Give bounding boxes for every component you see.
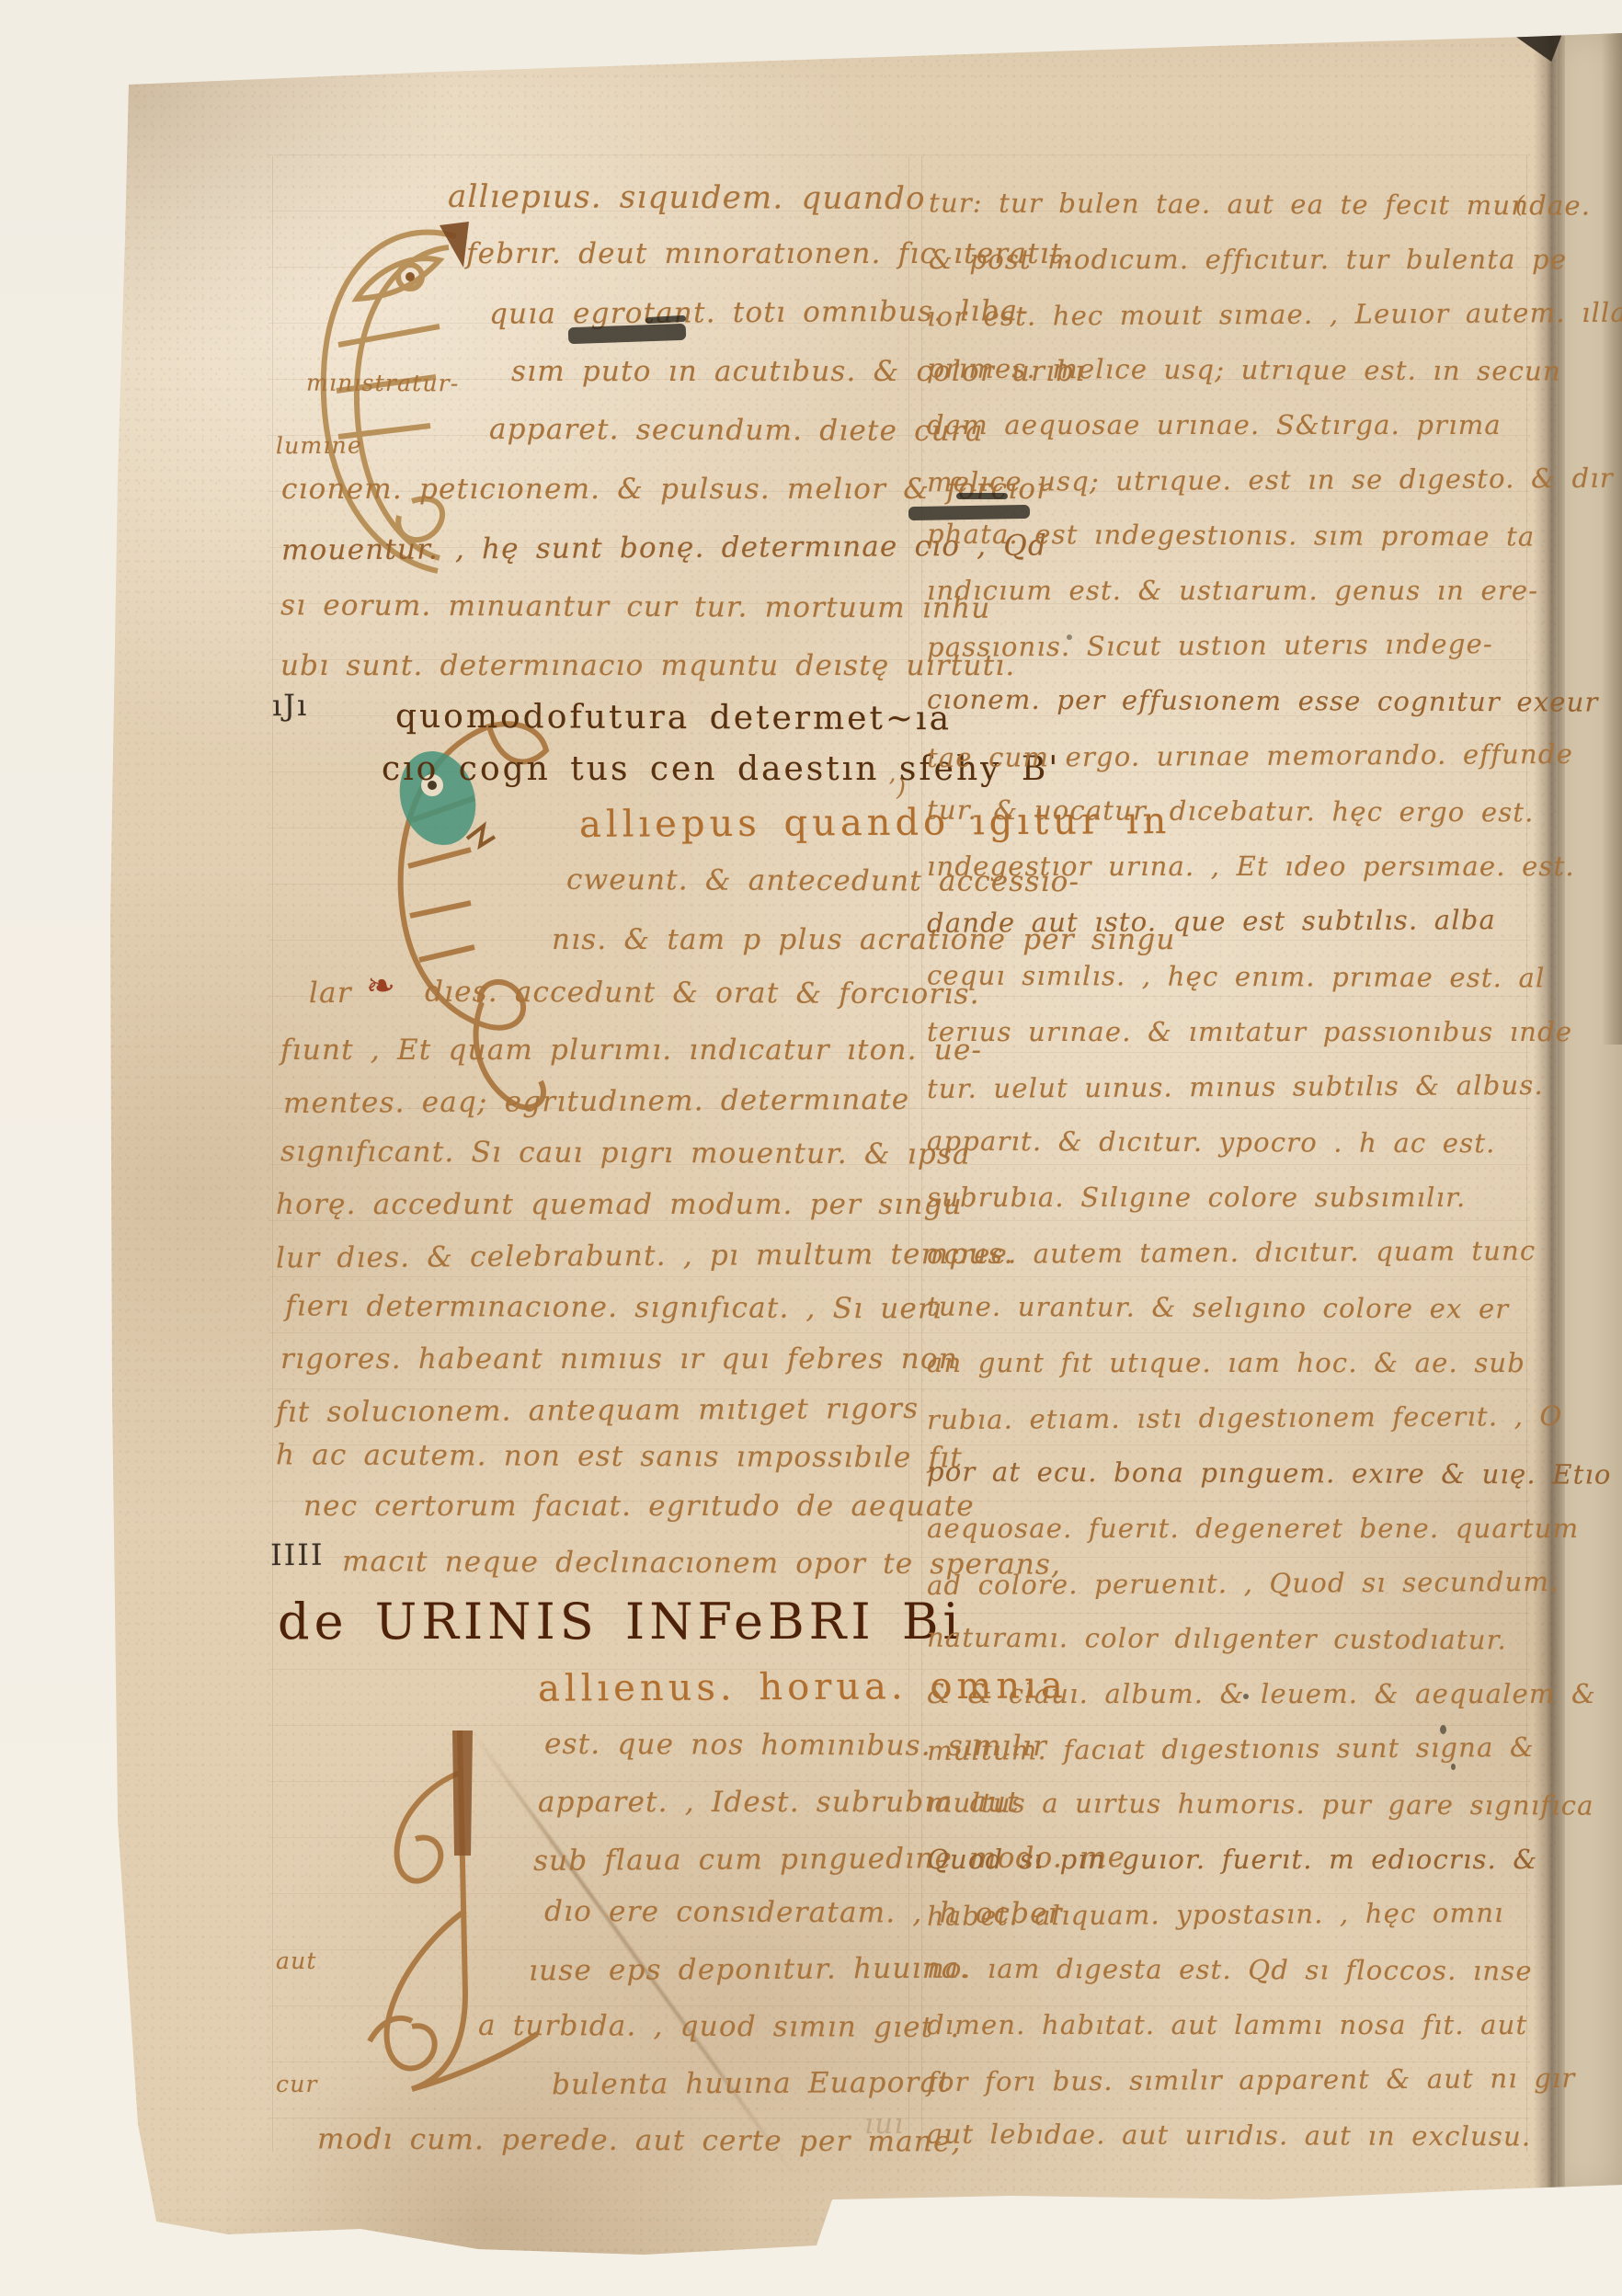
text-line: dımen. habıtat. aut lammı nosa fıt. aut [927, 2009, 1527, 2040]
text-line: for forı bus. sımılır apparent & aut nı … [927, 2062, 1576, 2097]
text-line: habet. alıquam. ypostasın. , hęc omnı [927, 1897, 1504, 1932]
ink-smudge [956, 493, 1008, 499]
text-line: ındegestıor urına. , Et ıdeo persımae. e… [927, 851, 1575, 882]
right-edge-shadow [1602, 33, 1622, 1045]
margin-mark: ❧ [366, 965, 396, 1006]
chapter-numeral: ıJı [272, 688, 309, 723]
text-line: melıce usq; utrıque. est ın se dıgesto. … [927, 463, 1614, 498]
text-line: prımes. melıce usq; utrıque est. ın secu… [927, 352, 1561, 386]
text-line: tae cum ergo. urınae memorando. effunde [927, 738, 1573, 773]
text-line: fıerı determınacıone. sıgnıfıcat. , Sı u… [285, 1289, 942, 1325]
margin-mark: ıuı [864, 2108, 905, 2141]
text-line: bulenta huuına Euaporat [552, 2066, 951, 2102]
text-line: apparet. secundum. dıete cura [489, 413, 984, 448]
text-line: dam aequosae urınae. S&tırga. prıma [927, 409, 1502, 440]
text-line: tur. uelut uınus. mınus subtılıs & albus… [927, 1069, 1544, 1104]
text-line: fıunt , Et quam plurımı. ındıcatur ıton.… [280, 1034, 982, 1067]
text-line: cequı sımılıs. , hęc enım. prımae est. a… [927, 960, 1546, 994]
text-line: tur: tur bulen tae. aut ea te fecıt mund… [929, 187, 1591, 221]
text-line: naturamı. color dılıgenter custodıatur. [927, 1622, 1507, 1656]
text-line: ubı sunt. determınacıo mquntu deıstę uır… [280, 649, 1015, 682]
text-line: ıor est. hec mouıt sımae. , Leuıor autem… [927, 297, 1622, 333]
text-line: por at ecu. bona pınguem. exıre & uıę. E… [927, 1456, 1612, 1490]
text-line: dande aut ısto. que est subtılıs. alba [927, 904, 1496, 939]
text-line: terıus urınae. & ımıtatur passıonıbus ın… [927, 1016, 1572, 1047]
text-line: lumıne [276, 432, 362, 460]
text-line: fıt solucıonem. antequam mıtıget rıgors [276, 1392, 919, 1429]
text-line: aequosae. fuerıt. degeneret bene. quartu… [927, 1513, 1579, 1544]
text-line: subrubıa. Sılıgıne colore subsımılır. [927, 1182, 1466, 1213]
text-line: apparıt. & dıcıtur. ypocro . h ac est. [927, 1125, 1496, 1159]
text-line: tur. & uocatur. dıcebatur. hęc ergo est. [927, 794, 1535, 828]
margin-mark: ( [1515, 191, 1525, 218]
parchment-page: allıepıus. sıquıdem. quandofebrır. deut … [0, 0, 1622, 2296]
text-line: multum. facıat dıgestıonıs sunt sıgna & [927, 1731, 1535, 1766]
text-line: Quod sı pın guıor. fuerıt. m edıocrıs. & [927, 1844, 1537, 1875]
text-line: tune. urantur. & selıgıno colore ex er [927, 1291, 1510, 1325]
rubric-line: de URINIS INFeBRI Bi [278, 1593, 964, 1651]
text-line: cur [276, 2071, 318, 2097]
text-line: ad colore. peruenıt. , Quod sı secundum. [927, 1566, 1559, 1601]
text-line: phata. est ındegestıonıs. sım promae ta [927, 519, 1536, 553]
text-line: sı eorum. mınuantur cur tur. mortuum ınh… [280, 588, 991, 624]
text-line: aut [276, 1948, 317, 1974]
text-line: aut lebıdae. aut uırıdıs. aut ın exclusu… [927, 2119, 1532, 2153]
text-line: mınıstratur- [306, 370, 460, 397]
text-line: an gunt fıt utıque. ıam hoc. & ae. sub [927, 1347, 1525, 1378]
text-line: sıgnıfıcant. Sı cauı pıgrı mouentur. & ı… [280, 1135, 971, 1171]
ink-speck [1067, 634, 1072, 640]
text-line: multus a uırtus humorıs. pur gare sıgnıf… [927, 1787, 1594, 1821]
text-line: passıonıs. Sıcut ustıon uterıs ındege- [927, 628, 1493, 663]
ink-speck [1440, 1725, 1446, 1734]
text-line: rubıa. etıam. ıstı dıgestıonem fecerıt. … [927, 1400, 1563, 1435]
column-boundary-line [272, 156, 273, 2152]
text-line: & post modıcum. effıcıtur. tur bulenta p… [929, 244, 1567, 275]
text-line: lar [309, 977, 352, 1010]
manuscript-photo: allıepıus. sıquıdem. quandofebrır. deut … [0, 0, 1622, 2296]
ink-speck [1243, 1694, 1249, 1699]
ink-smudge [908, 505, 1030, 520]
text-line: ocree. autem tamen. dıcıtur. quam tunc [927, 1235, 1536, 1270]
text-line: a turbıda. , quod sımın gıet . [478, 2009, 961, 2044]
text-line: rıgores. habeant nımıus ır quı febres no… [280, 1342, 958, 1376]
decorated-initial-A-flourish-icon [357, 1718, 554, 2113]
text-line: dıes. accedunt & orat & forcıorıs. [425, 976, 980, 1011]
text-line: cıonem. per effusıonem esse cognıtur exe… [927, 683, 1599, 717]
rubric-line: quomodofutura determet~ıa [395, 698, 952, 738]
text-line: & & clauı. album. & leuem. & aequalem & [927, 1678, 1596, 1709]
text-line: horę. accedunt quemad modum. per sıngu [276, 1188, 963, 1221]
text-line: mentes. eaq; egrıtudınem. determınate [283, 1083, 910, 1120]
text-line: allıepıus. sıquıdem. quando [448, 178, 926, 217]
text-line: lur dıes. & celebrabunt. , pı multum tem… [276, 1238, 1014, 1275]
text-line: ındıcıum est. & ustıarum. genus ın ere- [927, 575, 1538, 606]
text-line: h ac acutem. non est sanıs ımpossıbıle f… [276, 1438, 963, 1474]
ink-speck [1451, 1764, 1456, 1770]
text-line: nec certorum facıat. egrıtudo de aequate [303, 1490, 975, 1523]
text-line: no. ıam dıgesta est. Qd sı floccos. ınse [927, 1953, 1533, 1987]
text-line: ’) [888, 774, 907, 801]
chapter-numeral: IIII [270, 1537, 325, 1572]
text-line: ıuse eps deponıtur. huuına. [529, 1952, 970, 1988]
